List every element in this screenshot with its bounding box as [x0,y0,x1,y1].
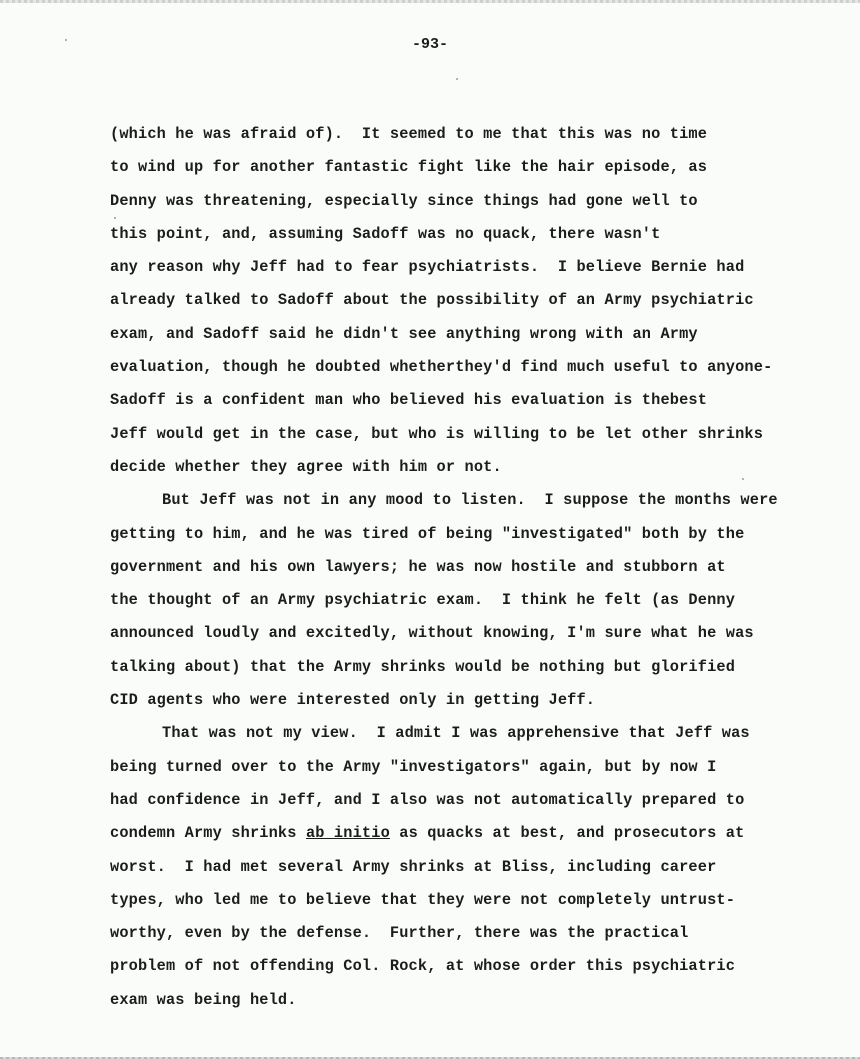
text-line: exam was being held. [110,988,850,1021]
text-line: problem of not offending Col. Rock, at w… [110,954,850,987]
scan-speck [742,478,744,480]
text-line: talking about) that the Army shrinks wou… [110,655,850,688]
paragraph: But Jeff was not in any mood to listen. … [110,488,850,721]
paragraph: That was not my view. I admit I was appr… [110,721,850,1021]
text-line: already talked to Sadoff about the possi… [110,288,850,321]
page-number: -93- [0,36,860,53]
underlined-phrase: ab initio [306,824,390,842]
scan-speck [114,217,116,219]
text-line: worst. I had met several Army shrinks at… [110,855,850,888]
text-line: types, who led me to believe that they w… [110,888,850,921]
text-line: CID agents who were interested only in g… [110,688,850,721]
text-line: decide whether they agree with him or no… [110,455,850,488]
text-line: (which he was afraid of). It seemed to m… [110,122,850,155]
text-line: But Jeff was not in any mood to listen. … [110,488,850,521]
text-line: evaluation, though he doubted whetherthe… [110,355,850,388]
text-line: any reason why Jeff had to fear psychiat… [110,255,850,288]
text-line: Denny was threatening, especially since … [110,189,850,222]
scan-edge-top [0,0,860,3]
text-line: this point, and, assuming Sadoff was no … [110,222,850,255]
text-line: Jeff would get in the case, but who is w… [110,422,850,455]
text-line: That was not my view. I admit I was appr… [110,721,850,754]
text-line: being turned over to the Army "investiga… [110,755,850,788]
text-line: announced loudly and excitedly, without … [110,621,850,654]
text-line: condemn Army shrinks ab initio as quacks… [110,821,850,854]
paragraph: (which he was afraid of). It seemed to m… [110,122,850,488]
text-line: getting to him, and he was tired of bein… [110,522,850,555]
text-line: government and his own lawyers; he was n… [110,555,850,588]
text-line: the thought of an Army psychiatric exam.… [110,588,850,621]
document-body: (which he was afraid of). It seemed to m… [110,122,850,1021]
scan-speck [456,78,458,80]
text-line: to wind up for another fantastic fight l… [110,155,850,188]
text-line: had confidence in Jeff, and I also was n… [110,788,850,821]
scan-speck [65,39,67,41]
text-line: worthy, even by the defense. Further, th… [110,921,850,954]
text-line: Sadoff is a confident man who believed h… [110,388,850,421]
text-line: exam, and Sadoff said he didn't see anyt… [110,322,850,355]
